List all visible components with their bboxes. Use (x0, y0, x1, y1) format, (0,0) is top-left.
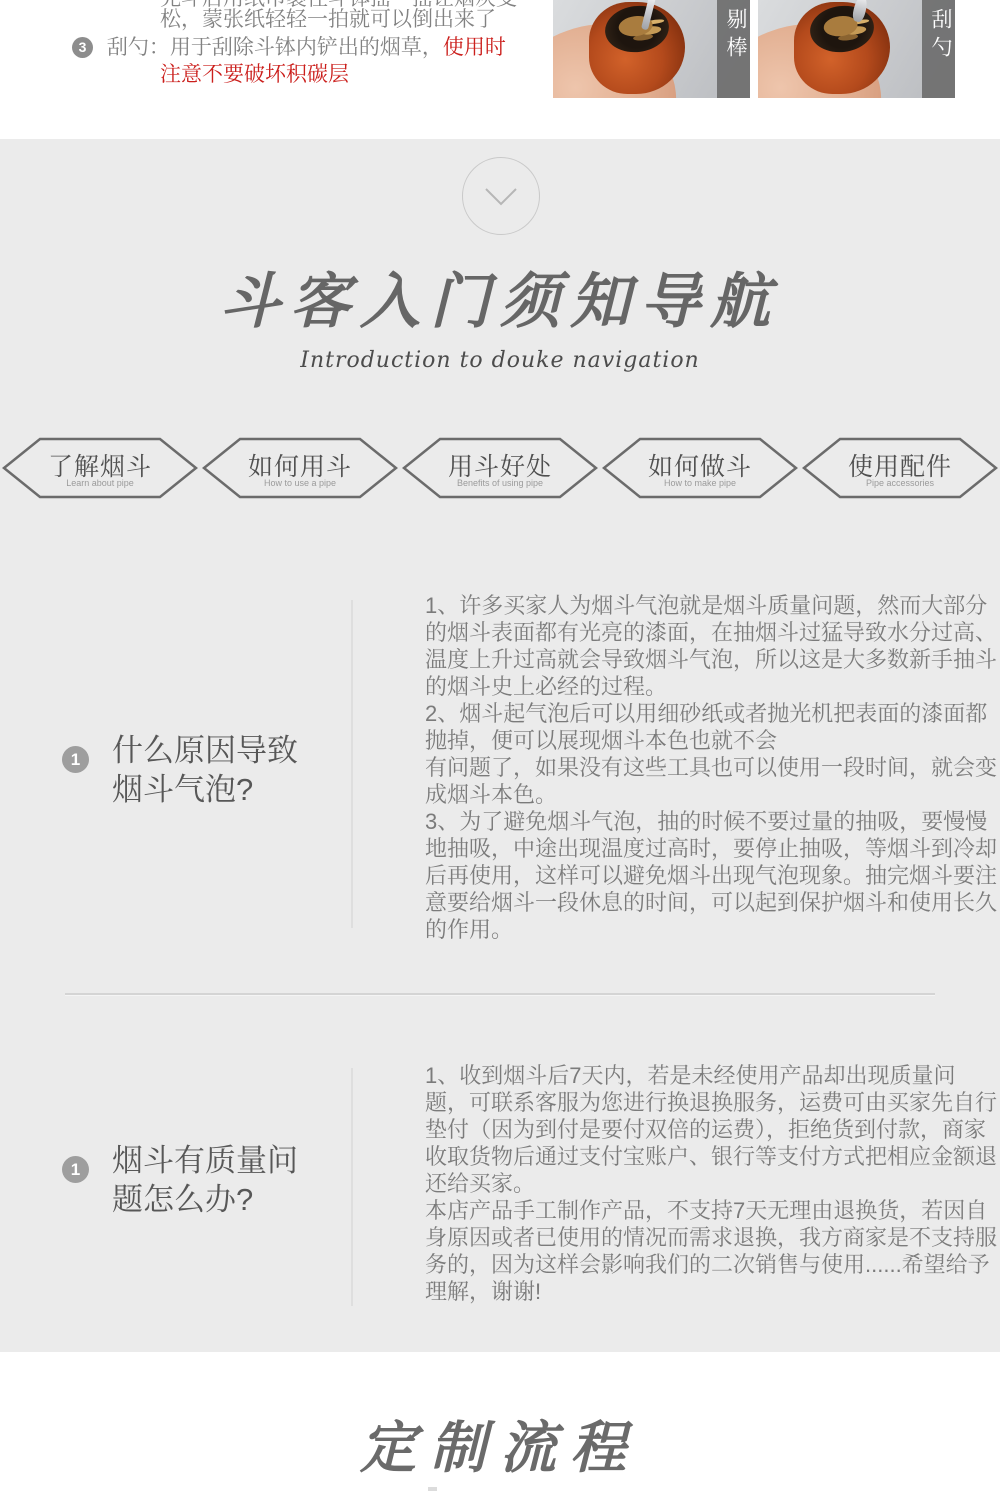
note-warning-inline: 使用时 (443, 36, 506, 59)
nav-label-en: Learn about pipe (0, 478, 200, 488)
faq-question-1: 什么原因导致 烟斗气泡? (112, 731, 298, 809)
photo-label: 剔棒 (717, 8, 750, 64)
nav-hex-how-to-use-pipe[interactable]: 如何用斗 How to use a pipe (200, 436, 400, 500)
nav-label-en: How to make pipe (600, 478, 800, 488)
faq-answer-1: 1、许多买家人为烟斗气泡就是烟斗质量问题，然而大部分的烟斗表面都有光亮的漆面，在… (425, 592, 997, 943)
pipe-bowl (794, 2, 890, 94)
footer-subtitle-clipped-edge (428, 1487, 437, 1491)
note-warning-line: 注意不要破坏积碳层 (160, 61, 349, 88)
note-term: 刮勺： (107, 36, 170, 59)
faq-question-2: 烟斗有质量问 题怎么办? (112, 1141, 298, 1219)
bowl-opening (807, 2, 876, 55)
faq-answer-2: 1、收到烟斗后7天内，若是未经使用产品却出现质量问题，可联系客服为您进行换退换服… (425, 1062, 997, 1305)
photo-label: 刮勺 (922, 8, 955, 64)
note-desc: 用于刮除斗钵内铲出的烟草， (170, 36, 443, 59)
pipe-photo-scraper-spoon: 刮勺 (758, 0, 955, 98)
chevron-down-icon[interactable] (462, 157, 540, 235)
footer-title-calligraphy: 定制流程 (0, 1404, 1000, 1484)
photo-label-band: 刮勺 (922, 0, 955, 98)
nav-hex-pipe-accessories[interactable]: 使用配件 Pipe accessories (800, 436, 1000, 500)
pipe-bowl (589, 2, 685, 94)
circled-1-icon: 1 (62, 1156, 89, 1183)
photo-label-band: 剔棒 (717, 0, 750, 98)
section-title-calligraphy: 斗客入门须知导航 (0, 254, 1000, 340)
nav-hex-benefits-of-pipe[interactable]: 用斗好处 Benefits of using pipe (400, 436, 600, 500)
horizontal-divider (65, 993, 935, 996)
circled-1-icon: 1 (62, 746, 89, 773)
pipe-photo-pick-rod: 剔棒 (553, 0, 750, 98)
section-subtitle: Introduction to douke navigation (0, 348, 1000, 373)
nav-label-en: Benefits of using pipe (400, 478, 600, 488)
note-wrap-line: 松，蒙张纸轻轻一拍就可以倒出来了 (160, 6, 496, 33)
note-item-3: 3 刮勺：用于刮除斗钵内铲出的烟草，使用时 (72, 34, 506, 61)
circled-3-icon: 3 (72, 37, 93, 58)
bowl-opening (602, 2, 671, 55)
vertical-divider (351, 1068, 353, 1306)
nav-hex-learn-about-pipe[interactable]: 了解烟斗 Learn about pipe (0, 436, 200, 500)
vertical-divider (351, 600, 353, 928)
nav-hex-how-to-make-pipe[interactable]: 如何做斗 How to make pipe (600, 436, 800, 500)
hexagon-nav-row: 了解烟斗 Learn about pipe 如何用斗 How to use a … (0, 436, 1000, 500)
product-detail-page: 完斗后用纸巾裹住斗钵摇一摇让烟灰变 松，蒙张纸轻轻一拍就可以倒出来了 3 刮勺：… (0, 0, 1000, 1500)
nav-label-en: How to use a pipe (200, 478, 400, 488)
nav-label-en: Pipe accessories (800, 478, 1000, 488)
